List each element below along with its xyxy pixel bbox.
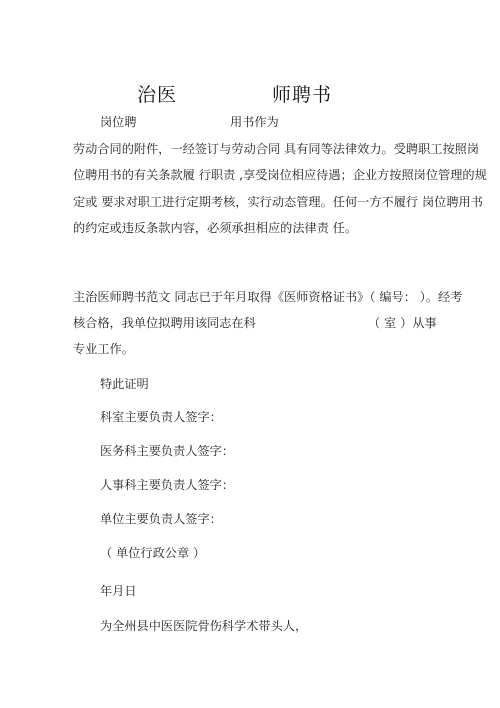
paragraph1-line: 的约定或违反条款内容，必须承担相应的法律责 任。	[73, 219, 357, 236]
paragraph1-line: 位聘用书的有关条款履 行职责 ,享受岗位相应待遇；企业方按照岗位管理的规	[73, 166, 487, 183]
sign-dept-head: 科室主要负责人签字：	[100, 408, 222, 425]
sign-medical-head: 医务科主要负责人签字：	[100, 442, 234, 459]
paragraph2-line3: 专业工作。	[73, 340, 134, 357]
paragraph1-line: 劳动合同的附件，一经签订与劳动合同 具有同等法律效力。受聘职工按照岗	[73, 140, 479, 157]
title-right: 师聘书	[272, 80, 332, 107]
date-text: 年月日	[100, 582, 137, 599]
subtitle-left: 岗位聘	[100, 113, 137, 131]
last-line: 为全州县中医医院骨伤科学术带头人，	[100, 617, 307, 634]
sign-unit-head: 单位主要负责人签字：	[100, 510, 222, 527]
paragraph1-line: 定或 要求对职工进行定期考核，实行动态管理。任何一方不履行 岗位聘用书	[73, 193, 483, 210]
certify-text: 特此证明	[100, 375, 149, 392]
sign-hr-head: 人事科主要负责人签字：	[100, 476, 234, 493]
title-left: 治医	[137, 80, 177, 107]
document-page: 治医 师聘书 岗位聘 用书作为 劳动合同的附件，一经签订与劳动合同 具有同等法律…	[0, 0, 500, 708]
paragraph2-line1: 主治医师聘书范文 同志已于年月取得《医师资格证书》（ 编号： ）。经考	[73, 288, 462, 305]
paragraph2-line2-right: （ 室 ）从事	[368, 314, 437, 332]
subtitle-right: 用书作为	[230, 113, 279, 131]
seal-text: （ 单位行政公章 ）	[100, 544, 205, 561]
paragraph2-line2-left: 核合格，我单位拟聘用该同志在科	[73, 314, 256, 331]
